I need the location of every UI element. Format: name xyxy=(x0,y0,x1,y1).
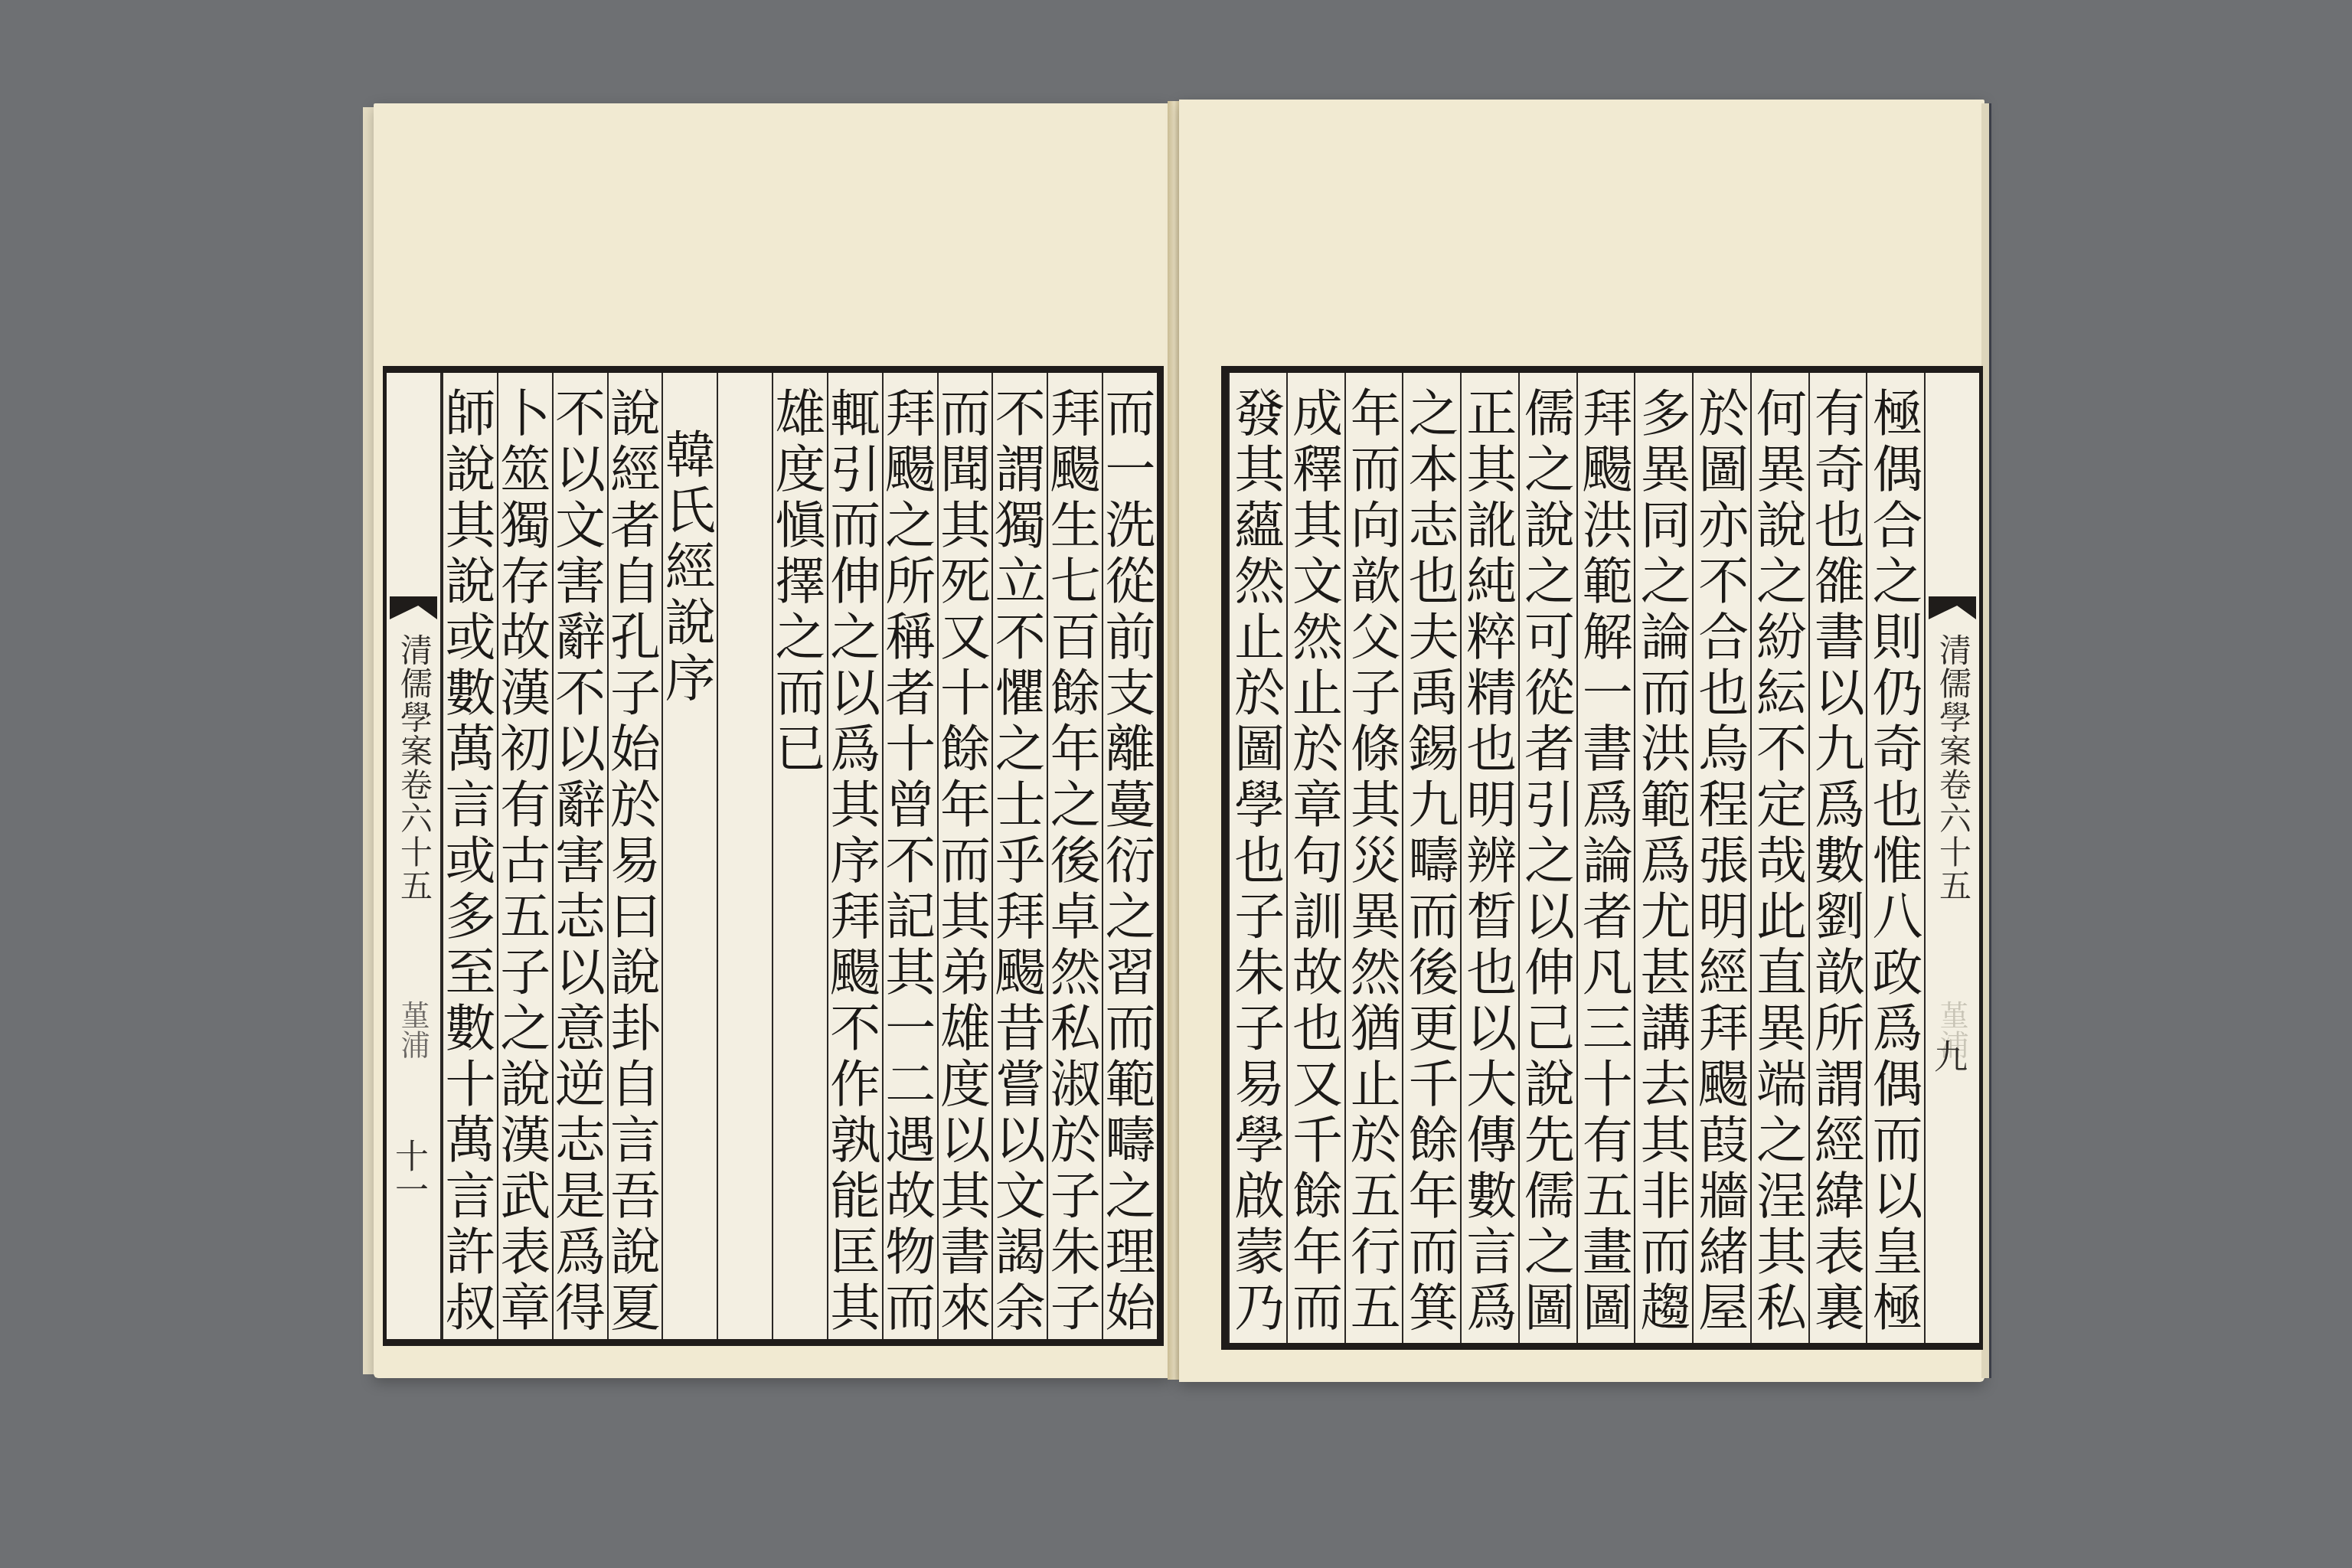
text-column: 說經者自孔子始於易曰說卦自言吾說夏禮繼此則孟軻氏 xyxy=(607,373,662,1339)
text-column: 而聞其死又十餘年而其弟雄度以其書來乞序余老而耄忘 xyxy=(937,373,992,1339)
text-column: 輒引而伸之以爲其序拜颺不作孰能匡其失乎其是與非在 xyxy=(827,373,882,1339)
text-column: 何異說之紛紜不定哉此直異端之浧其私智不但於書不合 xyxy=(1750,373,1808,1343)
text-column: 之本志也夫禹錫九疇而後更千餘年而箕子明其義又千餘 xyxy=(1402,373,1460,1343)
left-margin-title: 清儒學案卷六十五 xyxy=(393,633,434,903)
section-heading: 韓氏經說序 xyxy=(661,373,717,1339)
text-column: 發其蘊然止於圖學也子朱子易學啟蒙乃盡抉圖書之祕簒 xyxy=(1228,373,1286,1343)
text-column: 拜颺生七百餘年之後卓然私淑於子朱子而暢其所欲言可 xyxy=(1047,373,1102,1339)
text-column: 拜颺洪範解一書爲論者凡三十有五畫圖者凡二十有二先 xyxy=(1576,373,1635,1343)
text-column: 雄度愼擇之而已 xyxy=(772,373,827,1339)
fishtail-mark-icon xyxy=(390,596,437,619)
right-margin-title: 清儒學案卷六十五 xyxy=(1932,633,1973,903)
left-page-columns: 而一洗從前支離蔓衍之習而範疇之理始彰明較著於天下 拜颺生七百餘年之後卓然私淑於子… xyxy=(442,373,1157,1339)
right-page-text-frame: 清儒學案卷六十五 堇浦 九 極偶合之則仍奇也惟八政爲偶而以皇極臨之則偶之中仍 有… xyxy=(1221,366,1983,1350)
text-column: 儒之說之可從者引之以伸己說先儒之圖之可疑者闕之以 xyxy=(1518,373,1576,1343)
text-column: 正其訛純粹精也明辨晳也以大傳數言爲不易之旨此拜颺 xyxy=(1460,373,1518,1343)
left-page-number: 十一 xyxy=(394,1138,433,1206)
right-page-number: 九 xyxy=(1933,1039,1971,1073)
text-column: 卜筮獨存故漢初有古五子之說漢武表章六經諸儒皆守其 xyxy=(497,373,552,1339)
text-column: 多異同之論而洪範爲尤甚講去其非而趨是則辯之宜亟也 xyxy=(1634,373,1692,1343)
text-column: 不以文害辭不以辭害志以意逆志是爲得之秦燔詩書易以 xyxy=(552,373,607,1339)
text-column: 不謂獨立不懼之士乎拜颺昔嘗以文謁余於家居別去十年 xyxy=(991,373,1047,1339)
text-column: 年而向歆父子條其災異然猶止於五行五事也孔安國鄭康 xyxy=(1344,373,1403,1343)
text-column: 於圖亦不合也烏程張明經拜颺葭牆緒屋研精經說經說中 xyxy=(1692,373,1750,1343)
blank-column xyxy=(717,373,772,1339)
text-column: 成釋其文然止於章句訓故也又千餘年而邵康節蔡元定始 xyxy=(1286,373,1344,1343)
text-column: 極偶合之則仍奇也惟八政爲偶而以皇極臨之則偶之中仍 xyxy=(1866,373,1924,1343)
right-page-columns: 極偶合之則仍奇也惟八政爲偶而以皇極臨之則偶之中仍 有奇也雒書以九爲數劉歆所謂經緯… xyxy=(1228,373,1924,1343)
left-page-margin-strip: 清儒學案卷六十五 堇浦 十一 xyxy=(387,373,442,1339)
text-column: 拜颺之所稱者十曾不記其一二遇故物而得新知益我多矣 xyxy=(882,373,937,1339)
text-column: 師說其說或數萬言或多至數十萬言許叔重撰五經異義引 xyxy=(442,373,497,1339)
text-column: 有奇也雒書以九爲數劉歆所謂經緯表裏之說洞若觀火而 xyxy=(1808,373,1867,1343)
left-margin-note: 堇浦 xyxy=(393,1001,434,1059)
text-column: 而一洗從前支離蔓衍之習而範疇之理始彰明較著於天下 xyxy=(1102,373,1157,1339)
left-page-text-frame: 清儒學案卷六十五 堇浦 十一 而一洗從前支離蔓衍之習而範疇之理始彰明較著於天下 … xyxy=(383,366,1164,1346)
fishtail-mark-icon xyxy=(1929,596,1976,619)
right-page-margin-strip: 清儒學案卷六十五 堇浦 九 xyxy=(1924,373,1979,1343)
